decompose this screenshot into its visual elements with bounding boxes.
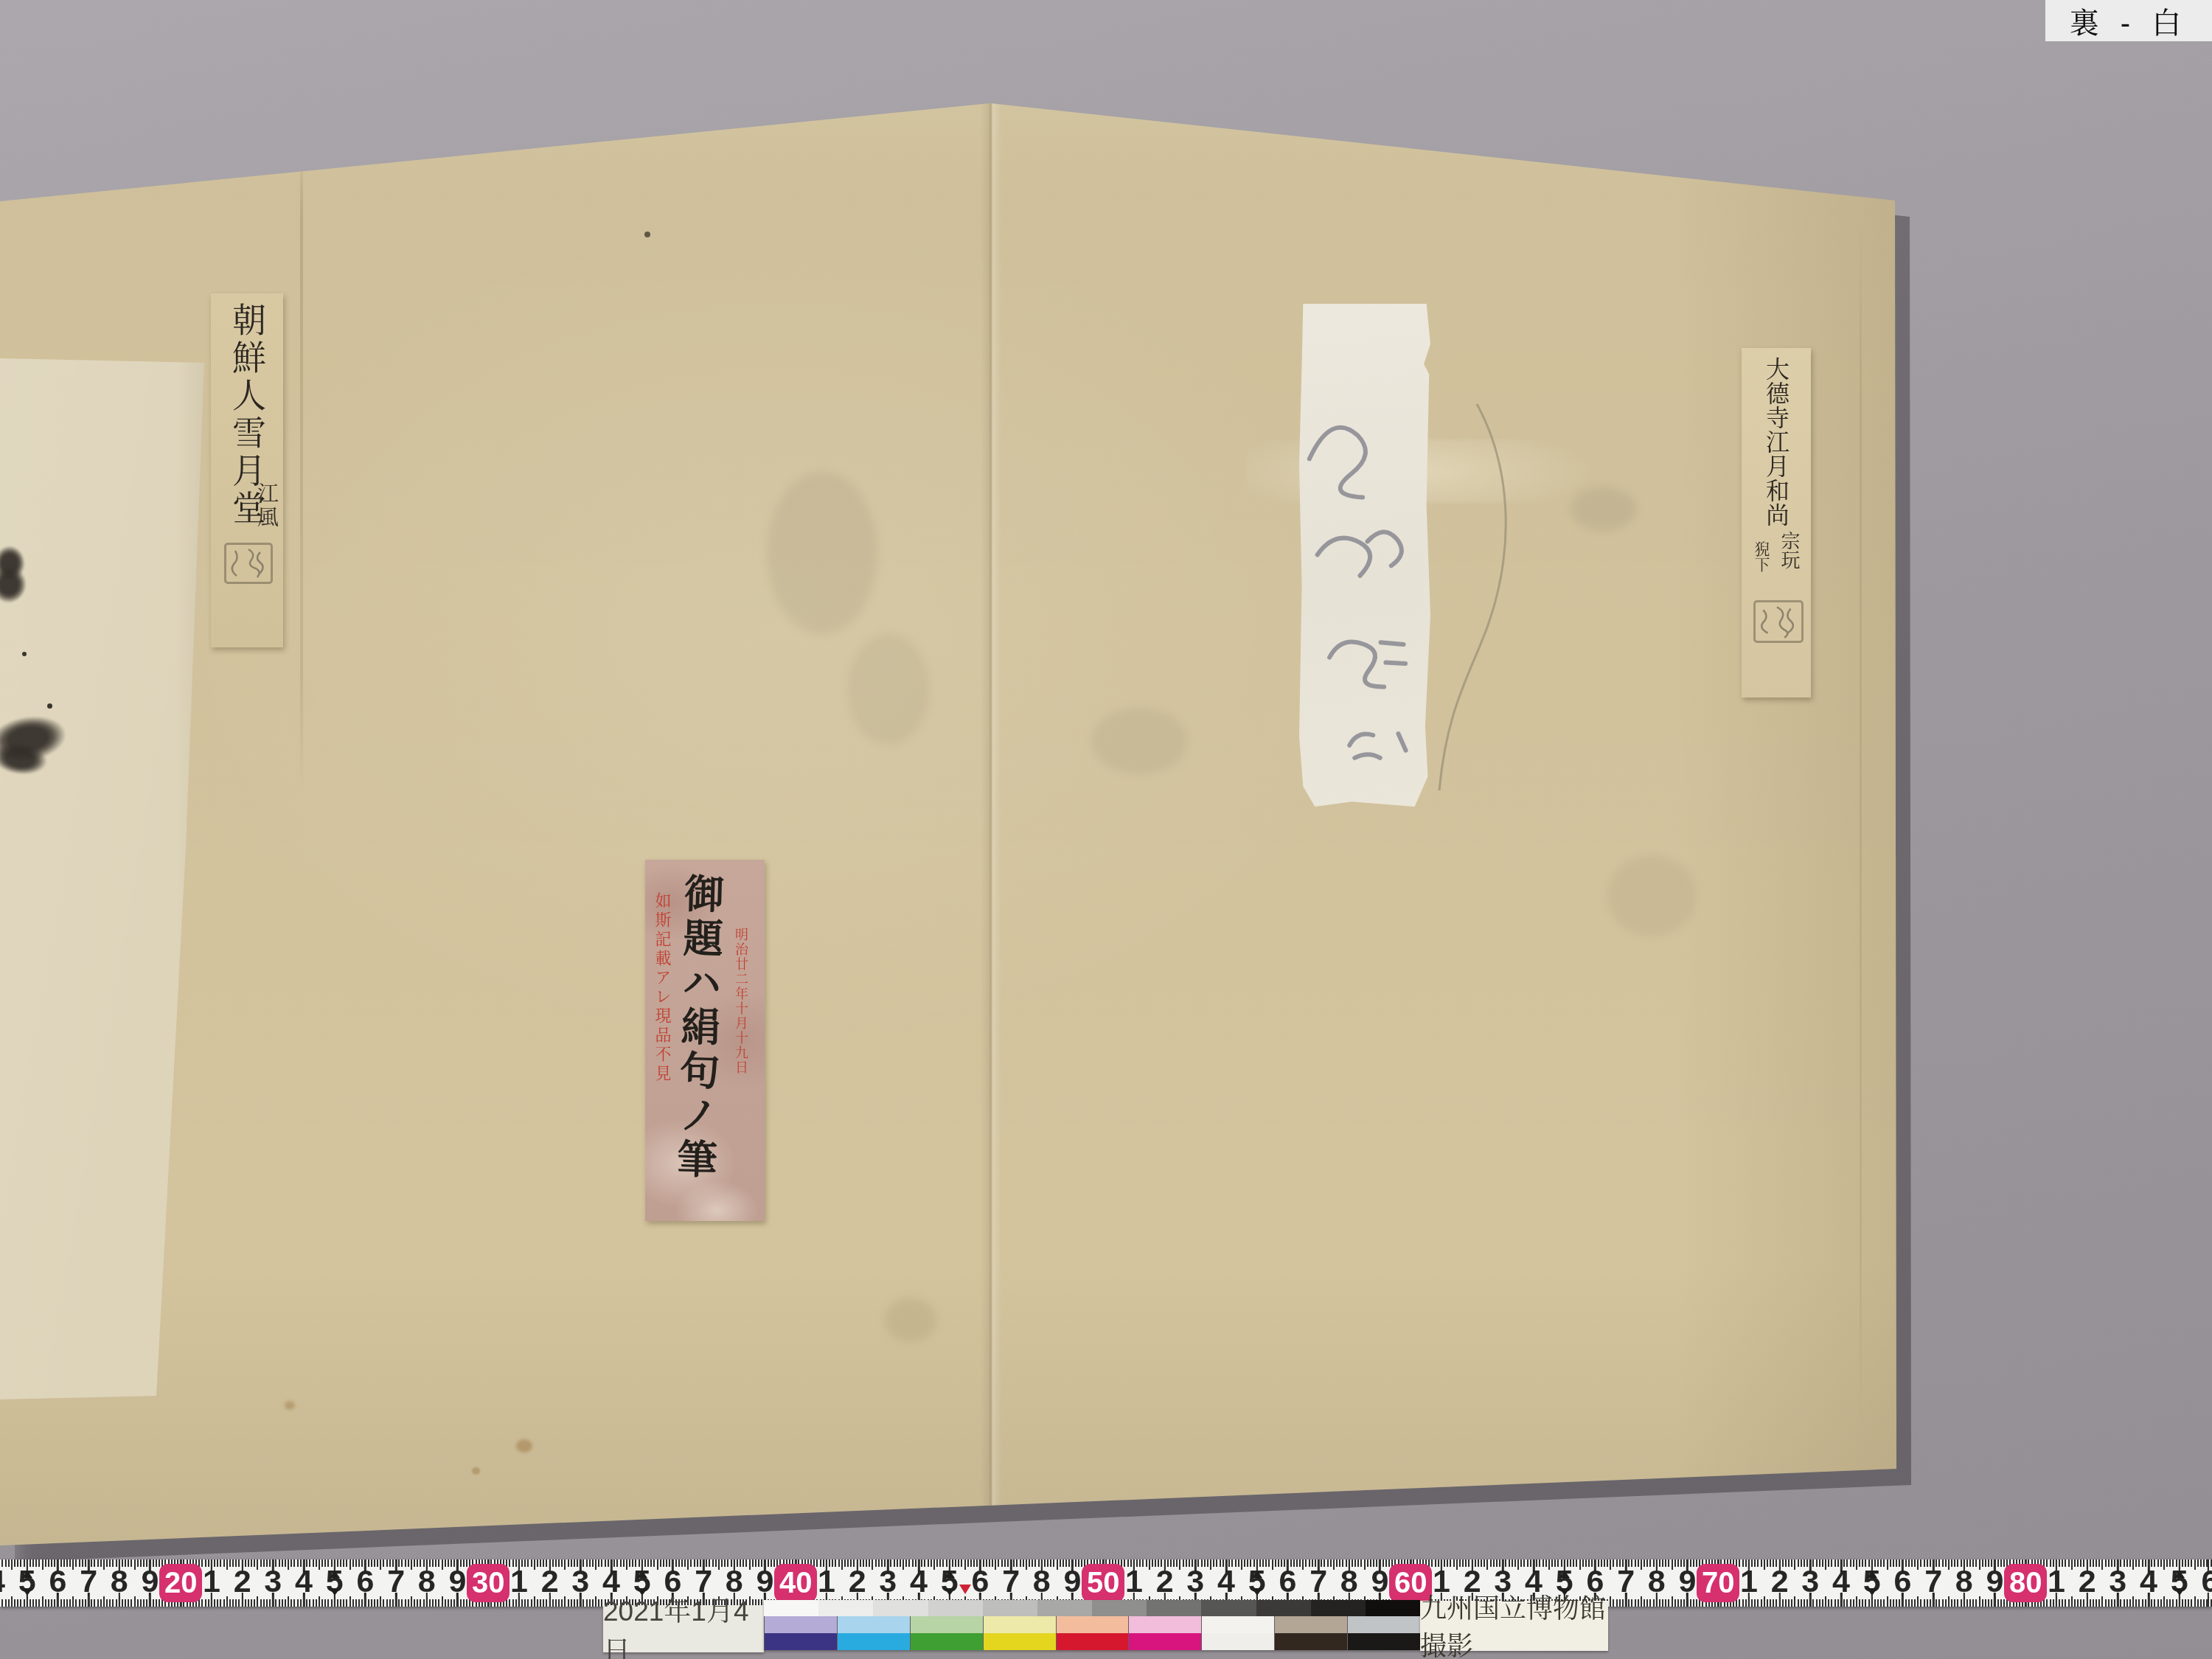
color-patch-light (838, 1616, 910, 1633)
ruler-number: 8 (1955, 1564, 1973, 1600)
ruler-number: 8 (1033, 1564, 1051, 1600)
grayscale-strip (764, 1600, 1420, 1616)
ruler-number: 2 (2079, 1564, 2096, 1600)
ruler-number: 1 (1125, 1564, 1143, 1600)
color-calibration-chart (764, 1600, 1420, 1650)
ruler-number: 9 (1986, 1564, 2004, 1600)
grayscale-patch (1147, 1600, 1201, 1616)
ruler-half-decade-marker (945, 1588, 955, 1596)
ruler-number: 2 (234, 1564, 251, 1600)
grayscale-patch (1092, 1600, 1147, 1616)
ruler-half-decade-marker (945, 1571, 955, 1578)
capture-date-label: 2021年1月4日 (603, 1605, 764, 1652)
title-slip: 朝鮮人雪月堂 江風 (211, 293, 283, 647)
ruler-decade-80: 80 (2004, 1564, 2047, 1602)
album-page-back (0, 0, 1947, 1578)
ruler-half-decade-marker (1252, 1571, 1262, 1578)
attribution-slip-text: 大德寺江月和尚 (1759, 357, 1793, 527)
seal-impression-icon (224, 543, 273, 584)
ruler-half-decade-marker (330, 1571, 340, 1578)
ruler-half-decade-marker (2174, 1571, 2185, 1578)
ruler-number: 6 (1893, 1564, 1911, 1600)
ruler-number: 7 (1924, 1564, 1942, 1600)
ruler-decade-30: 30 (467, 1564, 509, 1602)
attribution-slip-name: 宗玩 (1775, 531, 1803, 569)
grayscale-patch (1311, 1600, 1366, 1616)
color-patch-light (984, 1616, 1056, 1633)
color-patches (764, 1616, 1420, 1650)
color-patch-strong (1202, 1633, 1274, 1650)
color-patch-light (1202, 1616, 1274, 1633)
ruler-number: 3 (879, 1564, 897, 1600)
ruler-number: 4 (910, 1564, 928, 1600)
pencil-scribble-icon (1299, 304, 1430, 807)
ruler-half-decade-marker (1252, 1588, 1262, 1596)
ruler-number: 9 (1679, 1564, 1697, 1600)
pencil-arc (0, 0, 1917, 1578)
grayscale-patch (764, 1600, 818, 1616)
ruler-half-decade-marker (637, 1571, 647, 1578)
color-patch-strong (765, 1633, 837, 1650)
color-patch-pair (910, 1616, 983, 1650)
ruler-red-pointer (959, 1585, 971, 1594)
ruler-number: 3 (1801, 1564, 1819, 1600)
ruler-decade-70: 70 (1697, 1564, 1739, 1602)
attribution-slip: 大德寺江月和尚 宗玩 猊下 (1742, 348, 1811, 698)
grayscale-patch (1256, 1600, 1311, 1616)
color-patch-pair (1347, 1616, 1420, 1650)
color-patch-light (1057, 1616, 1129, 1633)
ruler-decade-40: 40 (774, 1564, 817, 1602)
ruler-number: 2 (849, 1564, 866, 1600)
seal-impression-icon (1753, 600, 1804, 643)
ruler-number: 6 (2201, 1564, 2212, 1600)
color-patch-strong (838, 1633, 910, 1650)
corner-classification-tag: 裏 - 白 (2045, 0, 2212, 41)
ruler-number: 6 (49, 1564, 66, 1600)
color-patch-strong (984, 1633, 1056, 1650)
ruler-number: 1 (510, 1564, 528, 1600)
ruler-number: 2 (1156, 1564, 1174, 1600)
color-patch-pair (1056, 1616, 1129, 1650)
ruler-number: 4 (1217, 1564, 1235, 1600)
ruler-number: 2 (541, 1564, 559, 1600)
photo-credit-label: 九州国立博物館 撮影 (1420, 1601, 1608, 1651)
ruler-number: 3 (2109, 1564, 2126, 1600)
color-patch-strong (1275, 1633, 1347, 1650)
grayscale-patch (1037, 1600, 1092, 1616)
color-patch-pair (1274, 1616, 1347, 1650)
ruler-number: 6 (1279, 1564, 1296, 1600)
color-patch-pair (764, 1616, 837, 1650)
ruler-number: 9 (449, 1564, 467, 1600)
ruler-number: 7 (1002, 1564, 1020, 1600)
ruler-number: 8 (1340, 1564, 1358, 1600)
color-patch-light (911, 1616, 983, 1633)
ruler-half-decade-marker (1867, 1571, 1877, 1578)
ruler-decade-50: 50 (1082, 1564, 1124, 1602)
ruler-number: 6 (356, 1564, 374, 1600)
ruler-half-decade-marker (1559, 1571, 1570, 1578)
grayscale-patch (983, 1600, 1037, 1616)
ruler-number: 3 (264, 1564, 282, 1600)
ruler-number: 7 (387, 1564, 405, 1600)
attribution-slip-honorific: 猊下 (1750, 541, 1773, 572)
grayscale-patch (873, 1600, 928, 1616)
ruler-number: 4 (295, 1564, 313, 1600)
ruler-number: 2 (1771, 1564, 1789, 1600)
ruler-half-decade-marker (22, 1588, 32, 1596)
ruler-number: 7 (1617, 1564, 1635, 1600)
ruler-number: 4 (2140, 1564, 2157, 1600)
color-patch-pair (837, 1616, 910, 1650)
ruler-half-decade-marker (2174, 1588, 2185, 1596)
record-slip-date-note: 明治廿二年十月十九日 (731, 928, 750, 1075)
record-slip-annotation: 如斯記載アレ現品不見 (650, 892, 673, 1084)
color-patch-light (1129, 1616, 1201, 1633)
ruler-number: 1 (818, 1564, 835, 1600)
color-patch-strong (911, 1633, 983, 1650)
ruler-number: 4 (1832, 1564, 1850, 1600)
color-patch-strong (1348, 1633, 1420, 1650)
color-patch-pair (1201, 1616, 1274, 1650)
ruler-decade-20: 20 (159, 1564, 202, 1602)
ruler-number: 6 (971, 1564, 989, 1600)
ruler-number: 9 (142, 1564, 159, 1600)
color-patch-pair (983, 1616, 1056, 1650)
record-slip: 御題ハ絹句ノ筆 明治廿二年十月十九日 如斯記載アレ現品不見 (645, 860, 765, 1221)
grayscale-patch (1366, 1600, 1420, 1616)
color-patch-light (1348, 1616, 1420, 1633)
color-patch-pair (1128, 1616, 1201, 1650)
ruler-number: 1 (1740, 1564, 1758, 1600)
ruler-number: 9 (1371, 1564, 1389, 1600)
color-patch-light (765, 1616, 837, 1633)
ruler-half-decade-marker (330, 1588, 340, 1596)
ruler-number: 8 (111, 1564, 128, 1600)
ruler-number: 7 (80, 1564, 97, 1600)
grayscale-patch (928, 1600, 983, 1616)
ruler-number: 4 (0, 1564, 5, 1600)
color-patch-light (1275, 1616, 1347, 1633)
color-patch-strong (1057, 1633, 1129, 1650)
memo-slip (1299, 304, 1430, 807)
title-slip-signature: 江風 (252, 482, 282, 529)
ruler-half-decade-marker (1867, 1588, 1877, 1596)
ruler-number: 3 (571, 1564, 589, 1600)
color-patch-strong (1129, 1633, 1201, 1650)
record-slip-calligraphy: 御題ハ絹句ノ筆 (667, 872, 731, 1183)
ruler-number: 1 (203, 1564, 220, 1600)
ruler-number: 9 (1064, 1564, 1082, 1600)
grayscale-patch (1201, 1600, 1256, 1616)
ruler-number: 3 (1186, 1564, 1204, 1600)
ruler-number: 1 (2048, 1564, 2065, 1600)
ruler-half-decade-marker (22, 1571, 32, 1578)
museum-photo-stage: 朝鮮人雪月堂 江風 御題ハ絹句ノ筆 明治廿二年十月十九日 如斯記載アレ現品不見 … (0, 0, 2212, 1659)
ruler-number: 8 (1648, 1564, 1666, 1600)
ruler-number: 7 (1310, 1564, 1327, 1600)
grayscale-patch (818, 1600, 873, 1616)
ruler-number: 8 (418, 1564, 436, 1600)
